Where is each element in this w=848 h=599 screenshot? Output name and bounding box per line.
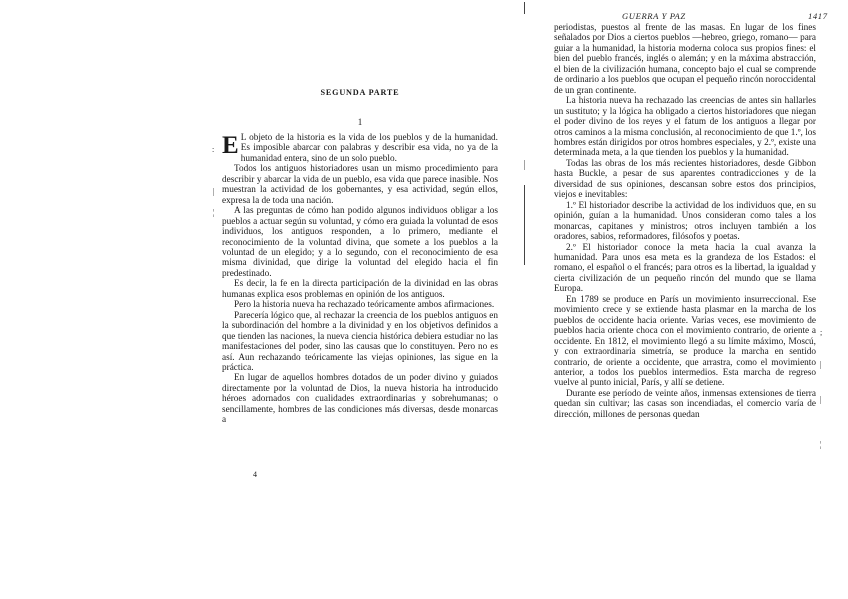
page-number: 1417 xyxy=(808,11,828,21)
paragraph: La historia nueva ha rechazado las creen… xyxy=(554,96,816,159)
paragraph: Todos los antiguos historiadores usan un… xyxy=(222,164,498,206)
paragraph: Es decir, la fe en la directa participac… xyxy=(222,279,498,300)
paragraph: 2.º El historiador conoce la meta hacia … xyxy=(554,243,816,295)
footer-mark: 4 xyxy=(253,470,257,479)
gutter-line xyxy=(524,160,525,170)
drop-cap: E xyxy=(222,135,239,156)
paragraph: En lugar de aquellos hombres dotados de … xyxy=(222,373,498,425)
continuation-paragraph: periodistas, puestos al frente de las ma… xyxy=(554,23,816,96)
margin-mark: | xyxy=(820,395,822,404)
running-head-title: GUERRA Y PAZ xyxy=(622,11,686,21)
margin-mark: ; xyxy=(820,328,822,337)
left-text-column: EL objeto de la historia es la vida de l… xyxy=(222,133,498,426)
opening-text: L objeto de la historia es la vida de lo… xyxy=(241,133,498,164)
chapter-number: 1 xyxy=(222,117,498,127)
margin-mark: ¦ xyxy=(820,440,822,449)
paragraph: En 1789 se produce en París un movimient… xyxy=(554,295,816,389)
section-title: SEGUNDA PARTE xyxy=(222,88,498,97)
opening-paragraph: EL objeto de la historia es la vida de l… xyxy=(222,133,498,164)
paragraph: Pero la historia nueva ha rechazado teór… xyxy=(222,300,498,310)
margin-mark: | xyxy=(213,187,215,196)
left-page: SEGUNDA PARTE 1 EL objeto de la historia… xyxy=(0,0,500,599)
right-text-column: periodistas, puestos al frente de las ma… xyxy=(554,23,816,420)
paragraph: Parecería lógico que, al rechazar la cre… xyxy=(222,311,498,374)
gutter-line xyxy=(524,2,525,14)
margin-mark: ¦ xyxy=(213,208,215,217)
paragraph: Todas las obras de los más recientes his… xyxy=(554,159,816,201)
paragraph: A las preguntas de cómo han podido algun… xyxy=(222,206,498,279)
gutter-line xyxy=(524,185,525,265)
paragraph: 1.º El historiador describe la actividad… xyxy=(554,201,816,243)
margin-mark: | xyxy=(820,360,822,369)
paragraph: Durante ese período de veinte años, inme… xyxy=(554,389,816,420)
margin-mark: : xyxy=(212,145,214,154)
